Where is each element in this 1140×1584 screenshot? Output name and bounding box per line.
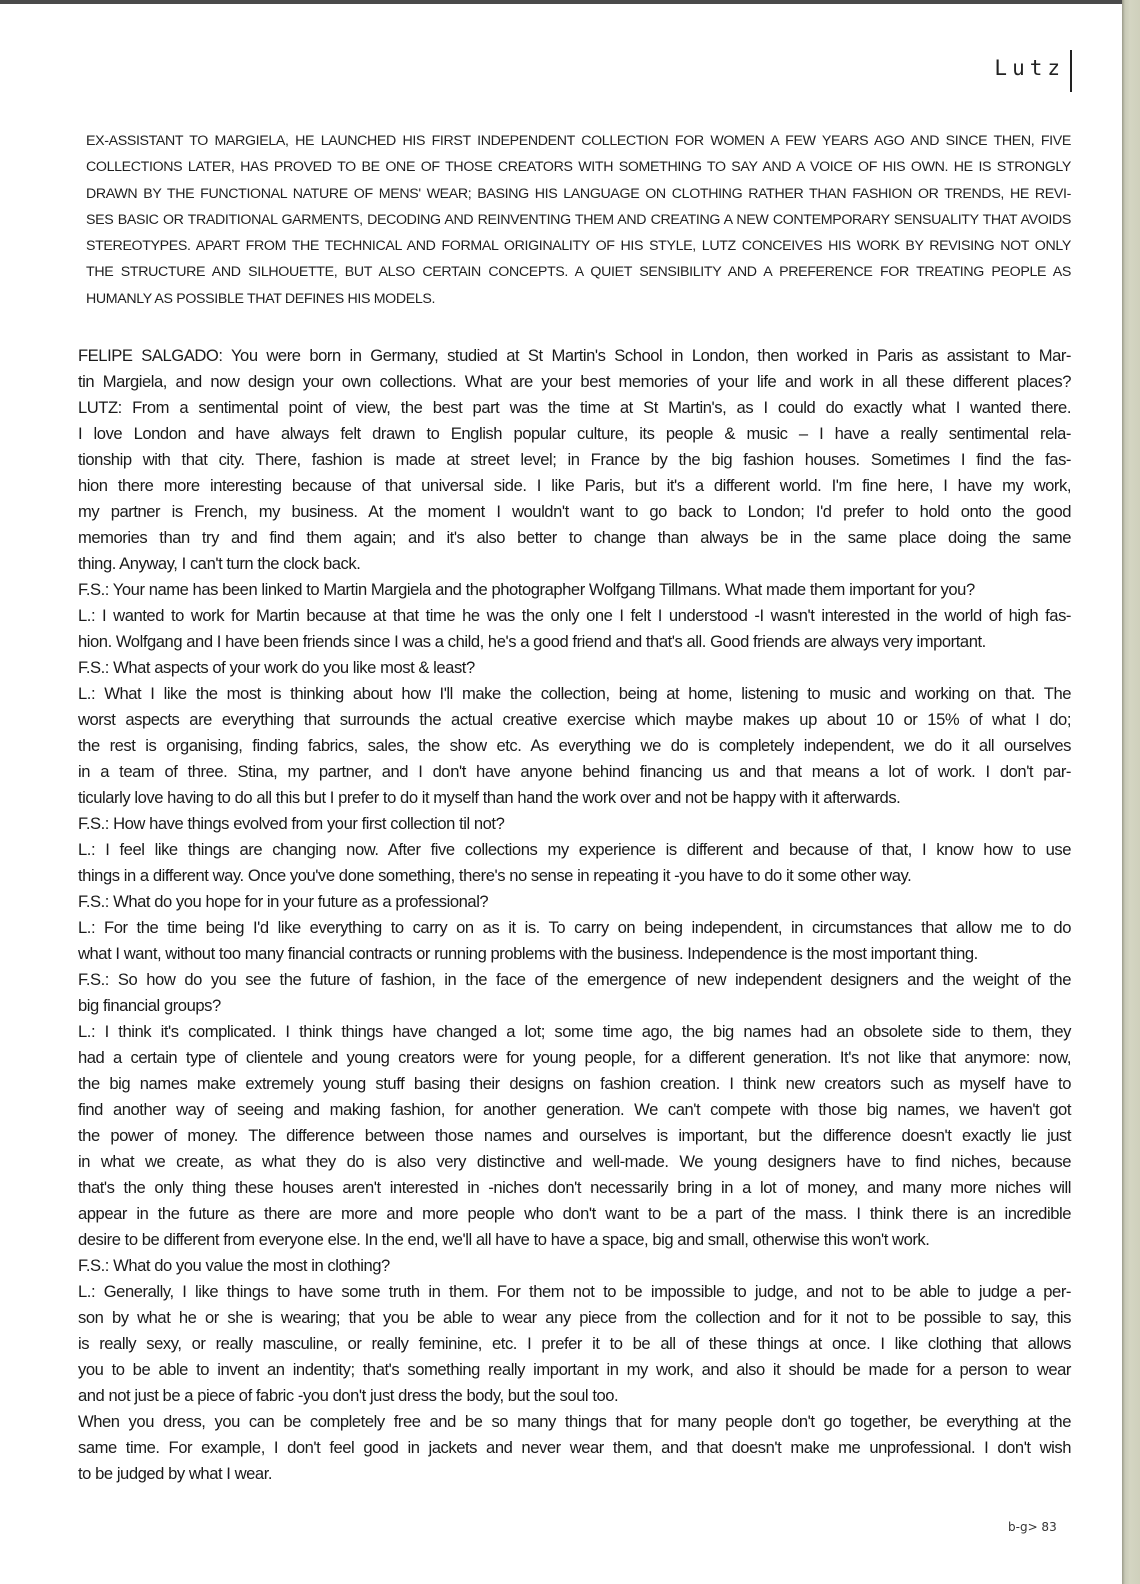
interview-line: in a team of three. Stina, my partner, a… [78, 759, 1071, 785]
interview-line: appear in the future as there are more a… [78, 1201, 1071, 1227]
intro-line: SES BASIC OR TRADITIONAL GARMENTS, DECOD… [86, 207, 1071, 233]
interview-line: F.S.: Your name has been linked to Marti… [78, 577, 1071, 603]
running-head-title: Lutz [980, 56, 1065, 80]
interview-line: L.: I wanted to work for Martin because … [78, 603, 1071, 629]
interview-line: hion. Wolfgang and I have been friends s… [78, 629, 1071, 655]
intro-line: DRAWN BY THE FUNCTIONAL NATURE OF MENS' … [86, 181, 1071, 207]
interview-body: FELIPE SALGADO: You were born in Germany… [78, 343, 1071, 1487]
interview-line: what I want, without too many financial … [78, 941, 1071, 967]
interview-line: I love London and have always felt drawn… [78, 421, 1071, 447]
interview-line: the power of money. The difference betwe… [78, 1123, 1071, 1149]
interview-line: L.: Generally, I like things to have som… [78, 1279, 1071, 1305]
interview-line: LUTZ: From a sentimental point of view, … [78, 395, 1071, 421]
interview-line: to be judged by what I wear. [78, 1461, 1071, 1487]
interview-line: F.S.: What do you hope for in your futur… [78, 889, 1071, 915]
interview-line: hion there more interesting because of t… [78, 473, 1071, 499]
interview-line: son by what he or she is wearing; that y… [78, 1305, 1071, 1331]
intro-paragraph: EX-ASSISTANT TO MARGIELA, HE LAUNCHED HI… [86, 128, 1071, 312]
interview-line: memories than try and find them again; a… [78, 525, 1071, 551]
interview-line: the big names make extremely young stuff… [78, 1071, 1071, 1097]
top-border-rule [0, 0, 1122, 4]
interview-line: F.S.: So how do you see the future of fa… [78, 967, 1071, 993]
page-binding-gutter [1122, 0, 1140, 1584]
running-head-bar [1070, 50, 1072, 92]
interview-line: in what we create, as what they do is al… [78, 1149, 1071, 1175]
interview-line: F.S.: What do you value the most in clot… [78, 1253, 1071, 1279]
interview-line: L.: For the time being I'd like everythi… [78, 915, 1071, 941]
interview-line: big financial groups? [78, 993, 1071, 1019]
interview-line: worst aspects are everything that surrou… [78, 707, 1071, 733]
interview-line: things in a different way. Once you've d… [78, 863, 1071, 889]
interview-line: find another way of seeing and making fa… [78, 1097, 1071, 1123]
intro-line: STEREOTYPES. APART FROM THE TECHNICAL AN… [86, 233, 1071, 259]
intro-line: COLLECTIONS LATER, HAS PROVED TO BE ONE … [86, 154, 1071, 180]
page-number: b-g> 83 [1008, 1520, 1057, 1534]
interview-line: L.: What I like the most is thinking abo… [78, 681, 1071, 707]
interview-line: tin Margiela, and now design your own co… [78, 369, 1071, 395]
intro-line: HUMANLY AS POSSIBLE THAT DEFINES HIS MOD… [86, 286, 1071, 312]
interview-line: and not just be a piece of fabric -you d… [78, 1383, 1071, 1409]
interview-line: same time. For example, I don't feel goo… [78, 1435, 1071, 1461]
interview-line: ticularly love having to do all this but… [78, 785, 1071, 811]
interview-line: thing. Anyway, I can't turn the clock ba… [78, 551, 1071, 577]
interview-line: had a certain type of clientele and youn… [78, 1045, 1071, 1071]
interview-line: the rest is organising, finding fabrics,… [78, 733, 1071, 759]
interview-line: FELIPE SALGADO: You were born in Germany… [78, 343, 1071, 369]
intro-line: EX-ASSISTANT TO MARGIELA, HE LAUNCHED HI… [86, 128, 1071, 154]
interview-line: When you dress, you can be completely fr… [78, 1409, 1071, 1435]
interview-line: F.S.: What aspects of your work do you l… [78, 655, 1071, 681]
interview-line: you to be able to invent an indentity; t… [78, 1357, 1071, 1383]
intro-line: THE STRUCTURE AND SILHOUETTE, BUT ALSO C… [86, 259, 1071, 285]
interview-line: desire to be different from everyone els… [78, 1227, 1071, 1253]
interview-line: is really sexy, or really masculine, or … [78, 1331, 1071, 1357]
interview-line: L.: I think it's complicated. I think th… [78, 1019, 1071, 1045]
interview-line: that's the only thing these houses aren'… [78, 1175, 1071, 1201]
interview-line: F.S.: How have things evolved from your … [78, 811, 1071, 837]
interview-line: my partner is French, my business. At th… [78, 499, 1071, 525]
interview-line: L.: I feel like things are changing now.… [78, 837, 1071, 863]
interview-line: tionship with that city. There, fashion … [78, 447, 1071, 473]
